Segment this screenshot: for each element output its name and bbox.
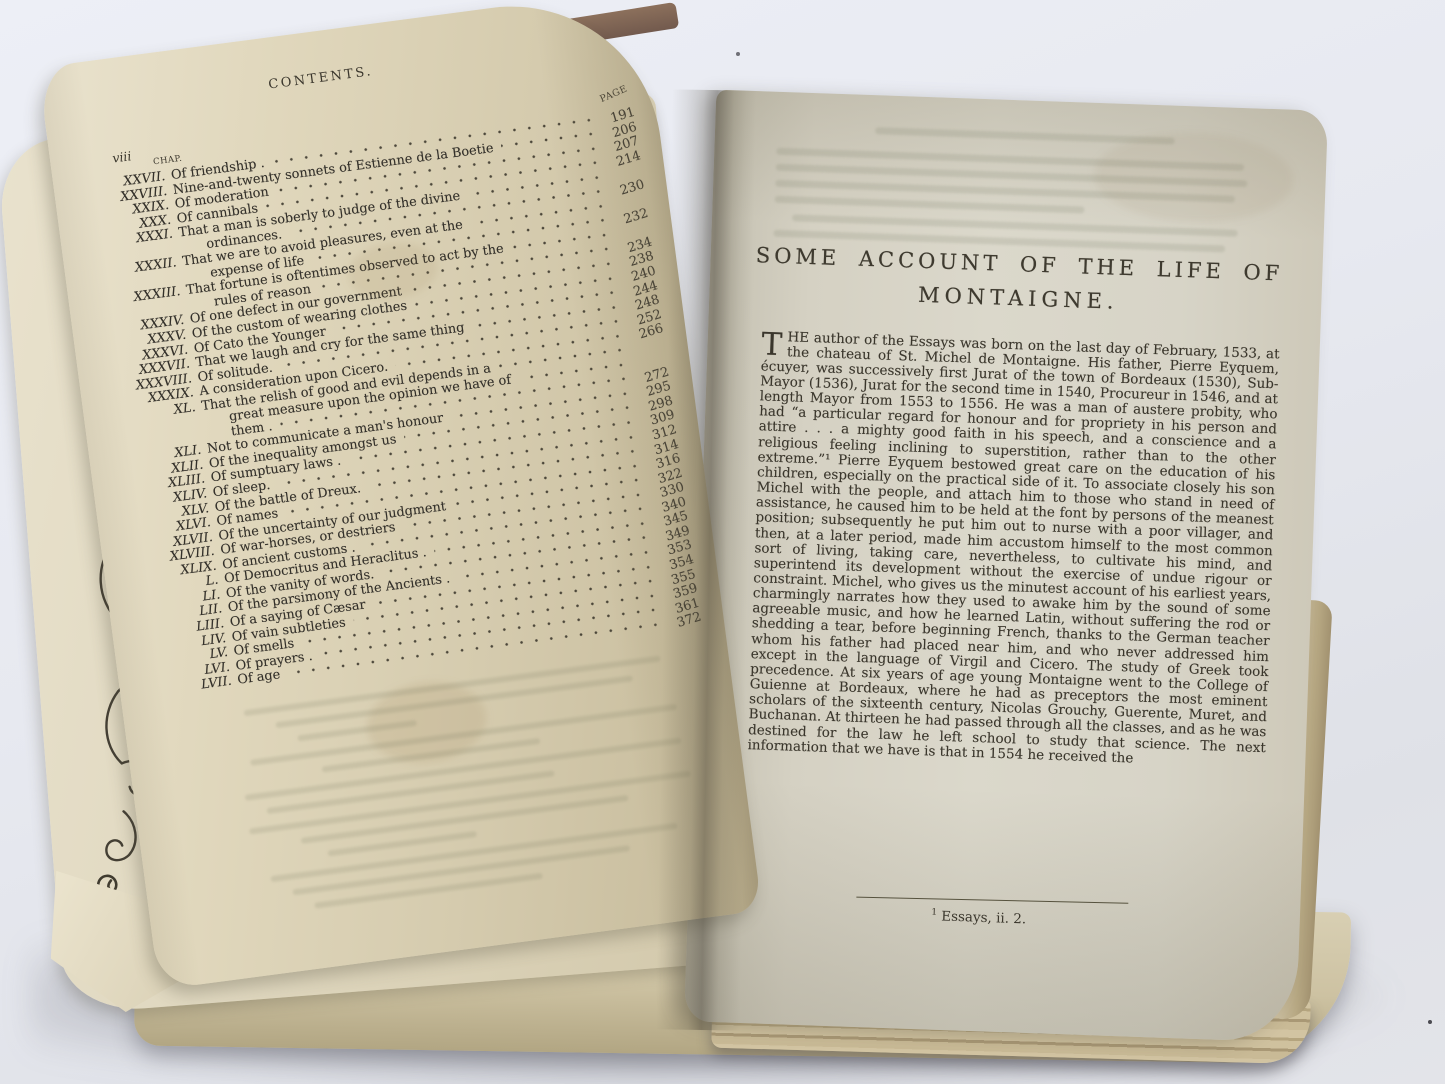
footnote-text: Essays, ii. 2. (941, 908, 1027, 927)
contents-list: XXVII.Of friendship .191XXVIII.Nine-and-… (93, 107, 703, 697)
column-header-page: PAGE (598, 83, 629, 105)
right-page: SOME ACCOUNT OF THE LIFE OF MONTAIGNE. T… (684, 90, 1328, 1043)
footnote: 1 Essays, ii. 2. (688, 899, 1270, 936)
dust-speck (736, 52, 740, 56)
body-text: HE author of the Essays was born on the … (747, 329, 1280, 767)
ghost-line (314, 873, 543, 909)
ghost-line (775, 196, 1085, 214)
footnote-marker: 1 (931, 908, 937, 918)
running-head: CONTENTS. (103, 42, 539, 114)
contents-page: CONTENTS. viii CHAP. PAGE XXVII.Of frien… (38, 0, 762, 990)
book-photo: SOME ACCOUNT OF THE LIFE OF MONTAIGNE. T… (0, 0, 1445, 1084)
paper-stain (1092, 129, 1295, 226)
column-header-chap: CHAP. (153, 154, 183, 168)
dust-speck (1428, 1020, 1432, 1024)
page-folio: viii (111, 148, 132, 165)
body-paragraph: THE author of the Essays was born on the… (747, 329, 1279, 771)
footnote-rule (856, 897, 1128, 904)
drop-cap: T (761, 329, 788, 358)
